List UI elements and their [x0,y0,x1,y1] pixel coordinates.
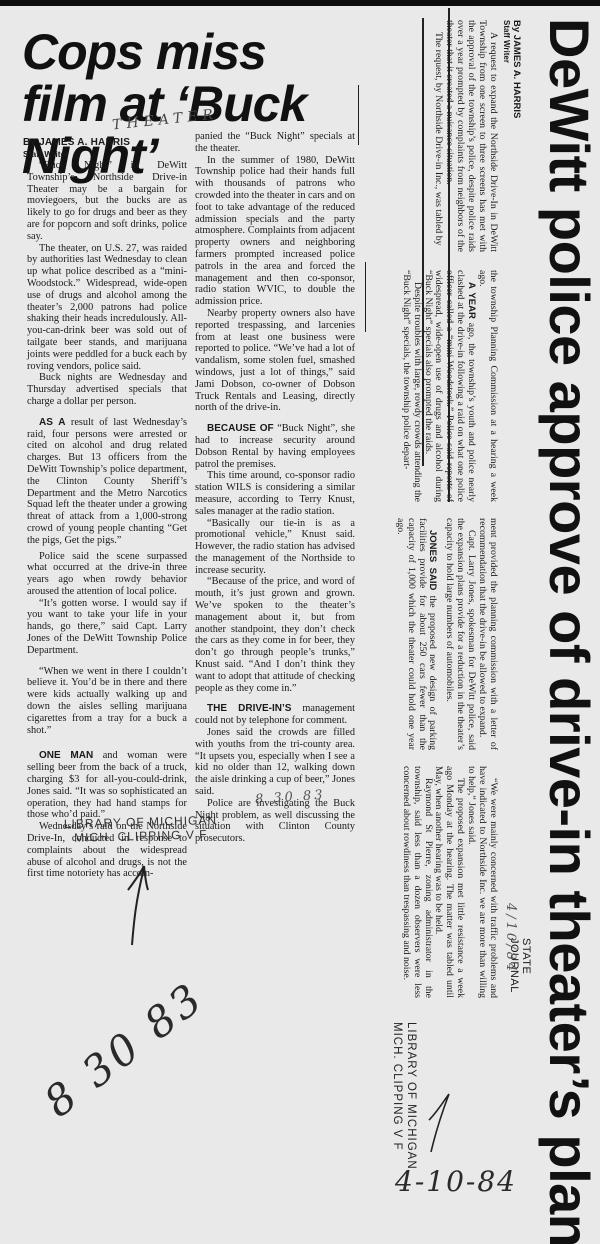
right-article-rotated: DeWitt police approve of drive-in theate… [400,8,600,1008]
paragraph: This time around, co-sponsor radio stati… [195,470,355,517]
paragraph: Police said the scene surpassed what occ… [27,551,187,598]
handwritten-arrow-icon [118,860,158,950]
right-article-column-4: “We were mainly concerned with traffic p… [400,766,498,998]
paragraph: “Because of the price, and word of mouth… [195,576,355,694]
paragraph: JONES SAID the proposed new design of pa… [394,518,438,750]
paragraph: THE DRIVE-IN’S management could not by t… [195,703,355,727]
right-article-column-1: A request to expand the Northside Drive-… [433,20,498,252]
paragraph: panied the “Buck Night” specials at the … [195,131,355,155]
paragraph: AS A result of last Wednesday’s raid, fo… [27,417,187,547]
paragraph: “We were mainly concerned with traffic p… [465,766,498,998]
left-byline: By JAMES A. HARRIS Staff Writer [23,137,130,159]
paragraph: “Buck Night” in DeWitt Township’s Norths… [27,160,187,243]
left-article-column-1: “Buck Night” in DeWitt Township’s Norths… [27,160,187,880]
paragraph: “It’s gotten worse. I would say if you w… [27,598,187,657]
column-divider [358,85,359,145]
paragraph: ment provided the planning commission wi… [476,518,498,750]
paragraph: Raymond St Pierre, zoning administrator … [400,766,433,998]
right-headline: DeWitt police approve of drive-in theate… [540,18,598,1244]
left-article-column-2: panied the “Buck Night” specials at the … [195,131,355,845]
column-divider [365,262,366,332]
byline-name: By JAMES A. HARRIS [23,137,130,148]
handwritten-date-small: 4/10/84 [503,903,518,974]
right-byline: By JAMES A. HARRIS Staff Writer [502,20,522,118]
handwritten-date-large: 8 30 83 [35,972,214,1127]
paragraph: Nearby property owners also have reporte… [195,308,355,414]
right-article-column-3: ment provided the planning commission wi… [394,518,498,750]
right-article-rule [448,8,450,502]
paragraph: The theater, on U.S. 27, was raided by a… [27,243,187,373]
handwritten-date-large: 4-10-84 [395,1165,517,1198]
paragraph: Buck nights are Wednesday and Thursday a… [27,372,187,407]
paragraph: A request to expand the Northside Drive-… [443,20,498,252]
library-stamp-left: LIBRARY OF MICHIGAN MICH. CLIPPING V F [64,813,218,845]
paragraph: In the summer of 1980, DeWitt Township p… [195,155,355,308]
paragraph: BECAUSE OF “Buck Night”, she had to incr… [195,423,355,470]
handwritten-arrow-icon [425,1090,455,1160]
paragraph: the township Planning Commission at a he… [476,270,498,502]
byline-role: Staff Writer [23,149,130,159]
paragraph: Capt. Larry Jones, spokesman for DeWitt … [443,518,476,750]
paragraph: ONE MAN and woman were selling beer from… [27,750,187,821]
paragraph: The proposed expansion met little resist… [433,766,466,998]
scan-top-border [0,0,600,6]
paragraph: “When we went in there I couldn’t believ… [27,666,187,737]
paragraph: “Basically our tie-in is as a promotiona… [195,518,355,577]
paragraph: Despite troubles with large, rowdy crowd… [400,270,422,502]
library-stamp-right: LIBRARY OF MICHIGAN MICH. CLIPPING V F [390,1022,418,1170]
paragraph: The request, by Northside Drive-in Inc.,… [433,20,444,252]
paragraph: Jones said the crowds are filled with yo… [195,727,355,798]
